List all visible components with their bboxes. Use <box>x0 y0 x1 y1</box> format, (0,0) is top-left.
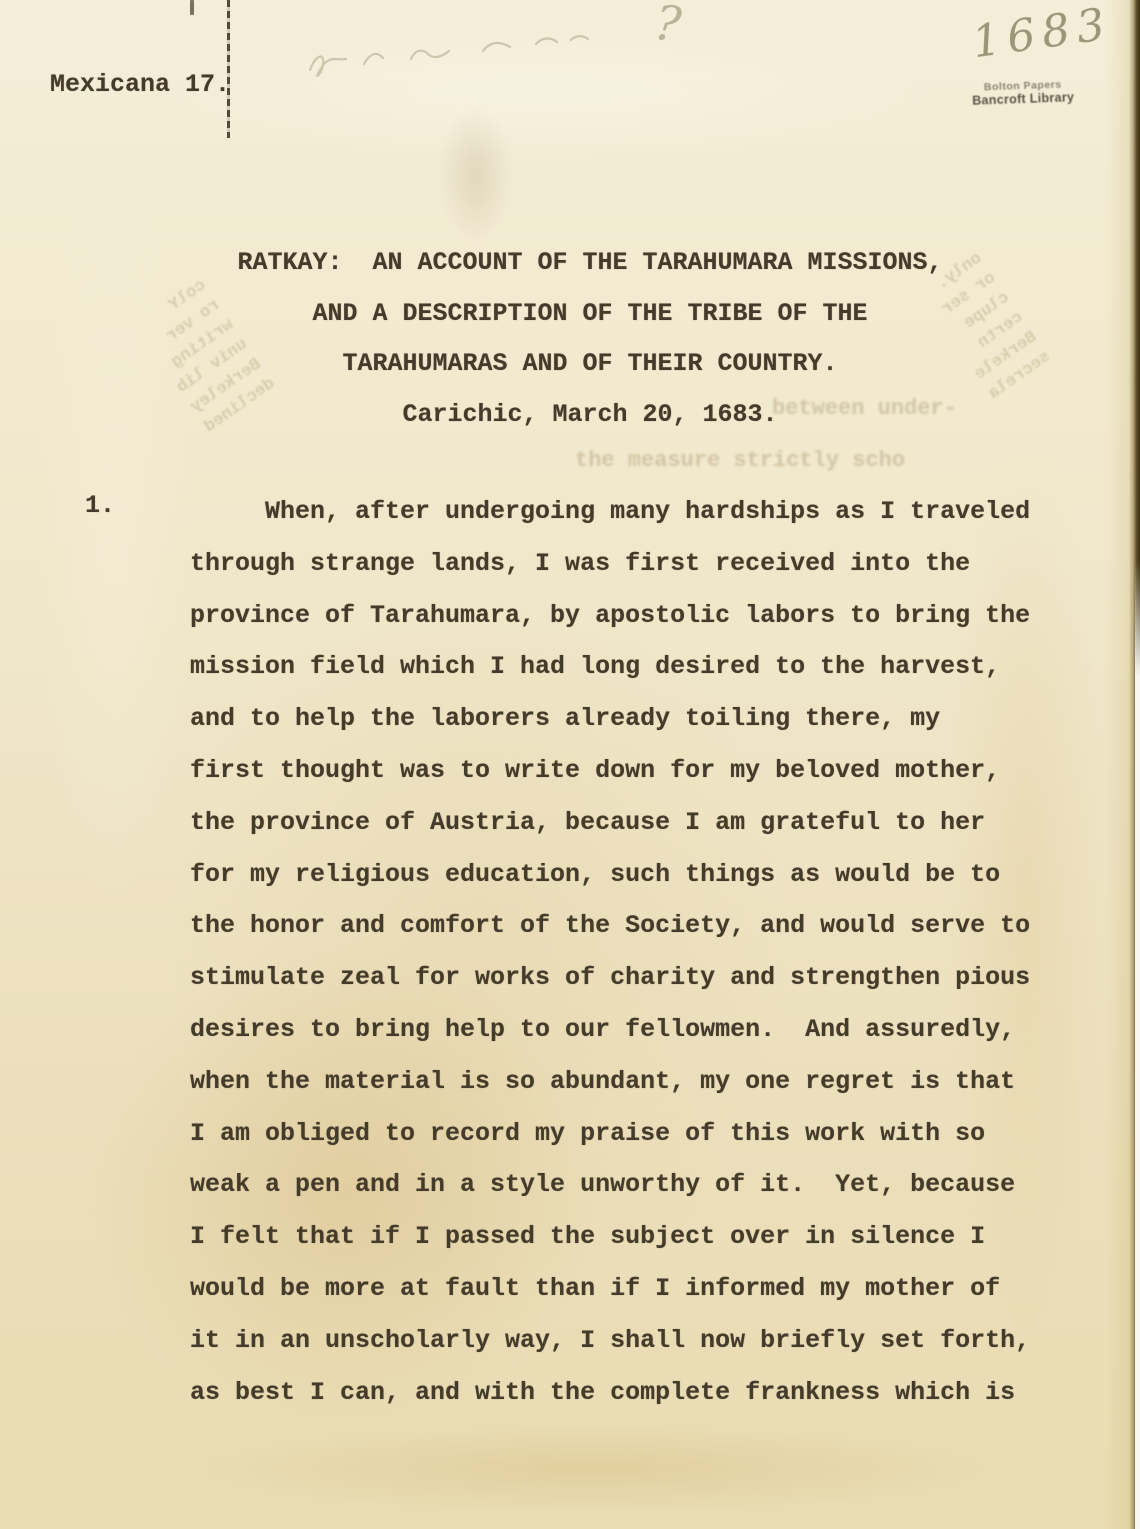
margin-pen-line <box>227 0 230 138</box>
scanned-document: { "document": { "archive_label": "Mexica… <box>0 0 1140 1529</box>
margin-tick-mark <box>190 0 194 15</box>
body-line: stimulate zeal for works of charity and … <box>190 952 1090 1004</box>
pencil-question-mark: ? <box>652 0 684 53</box>
title-dateline: Carichic, March 20, 1683. <box>40 390 1140 441</box>
body-line: and to help the laborers already toiling… <box>190 693 1090 745</box>
pencil-annotation-squiggle <box>300 22 660 92</box>
document-body: When, after undergoing many hardships as… <box>190 486 1090 1418</box>
body-line: would be more at fault than if I informe… <box>190 1263 1090 1315</box>
title-line: AND A DESCRIPTION OF THE TRIBE OF THE <box>40 289 1140 340</box>
title-line: RATKAY: AN ACCOUNT OF THE TARAHUMARA MIS… <box>40 238 1140 289</box>
body-line: province of Tarahumara, by apostolic lab… <box>190 590 1090 642</box>
body-line: it in an unscholarly way, I shall now br… <box>190 1315 1090 1367</box>
body-line: the province of Austria, because I am gr… <box>190 797 1090 849</box>
body-line: I felt that if I passed the subject over… <box>190 1211 1090 1263</box>
document-title: RATKAY: AN ACCOUNT OF THE TARAHUMARA MIS… <box>40 238 1140 440</box>
body-line: first thought was to write down for my b… <box>190 745 1090 797</box>
manuscript-page: between under- the measure strictly scho… <box>0 0 1140 1529</box>
body-line: When, after undergoing many hardships as… <box>190 486 1090 538</box>
title-line: TARAHUMARAS AND OF THEIR COUNTRY. <box>40 339 1140 390</box>
body-line: desires to bring help to our fellowmen. … <box>190 1004 1090 1056</box>
show-through-text: the measure strictly scho <box>575 448 905 473</box>
archive-label: Mexicana 17. <box>50 70 230 99</box>
paragraph-number: 1. <box>85 491 115 520</box>
scan-background-sliver <box>1135 560 1140 1529</box>
body-line: the honor and comfort of the Society, an… <box>190 900 1090 952</box>
body-line: through strange lands, I was first recei… <box>190 538 1090 590</box>
library-stamp: Bolton Papers Bancroft Library <box>958 78 1089 109</box>
body-line: for my religious education, such things … <box>190 849 1090 901</box>
handwritten-year: 1683 <box>969 0 1115 68</box>
paper-smudge <box>438 108 513 243</box>
body-line: I am obliged to record my praise of this… <box>190 1108 1090 1160</box>
body-line: as best I can, and with the complete fra… <box>190 1367 1090 1419</box>
body-line: when the material is so abundant, my one… <box>190 1056 1090 1108</box>
body-line: weak a pen and in a style unworthy of it… <box>190 1159 1090 1211</box>
body-line: mission field which I had long desired t… <box>190 641 1090 693</box>
